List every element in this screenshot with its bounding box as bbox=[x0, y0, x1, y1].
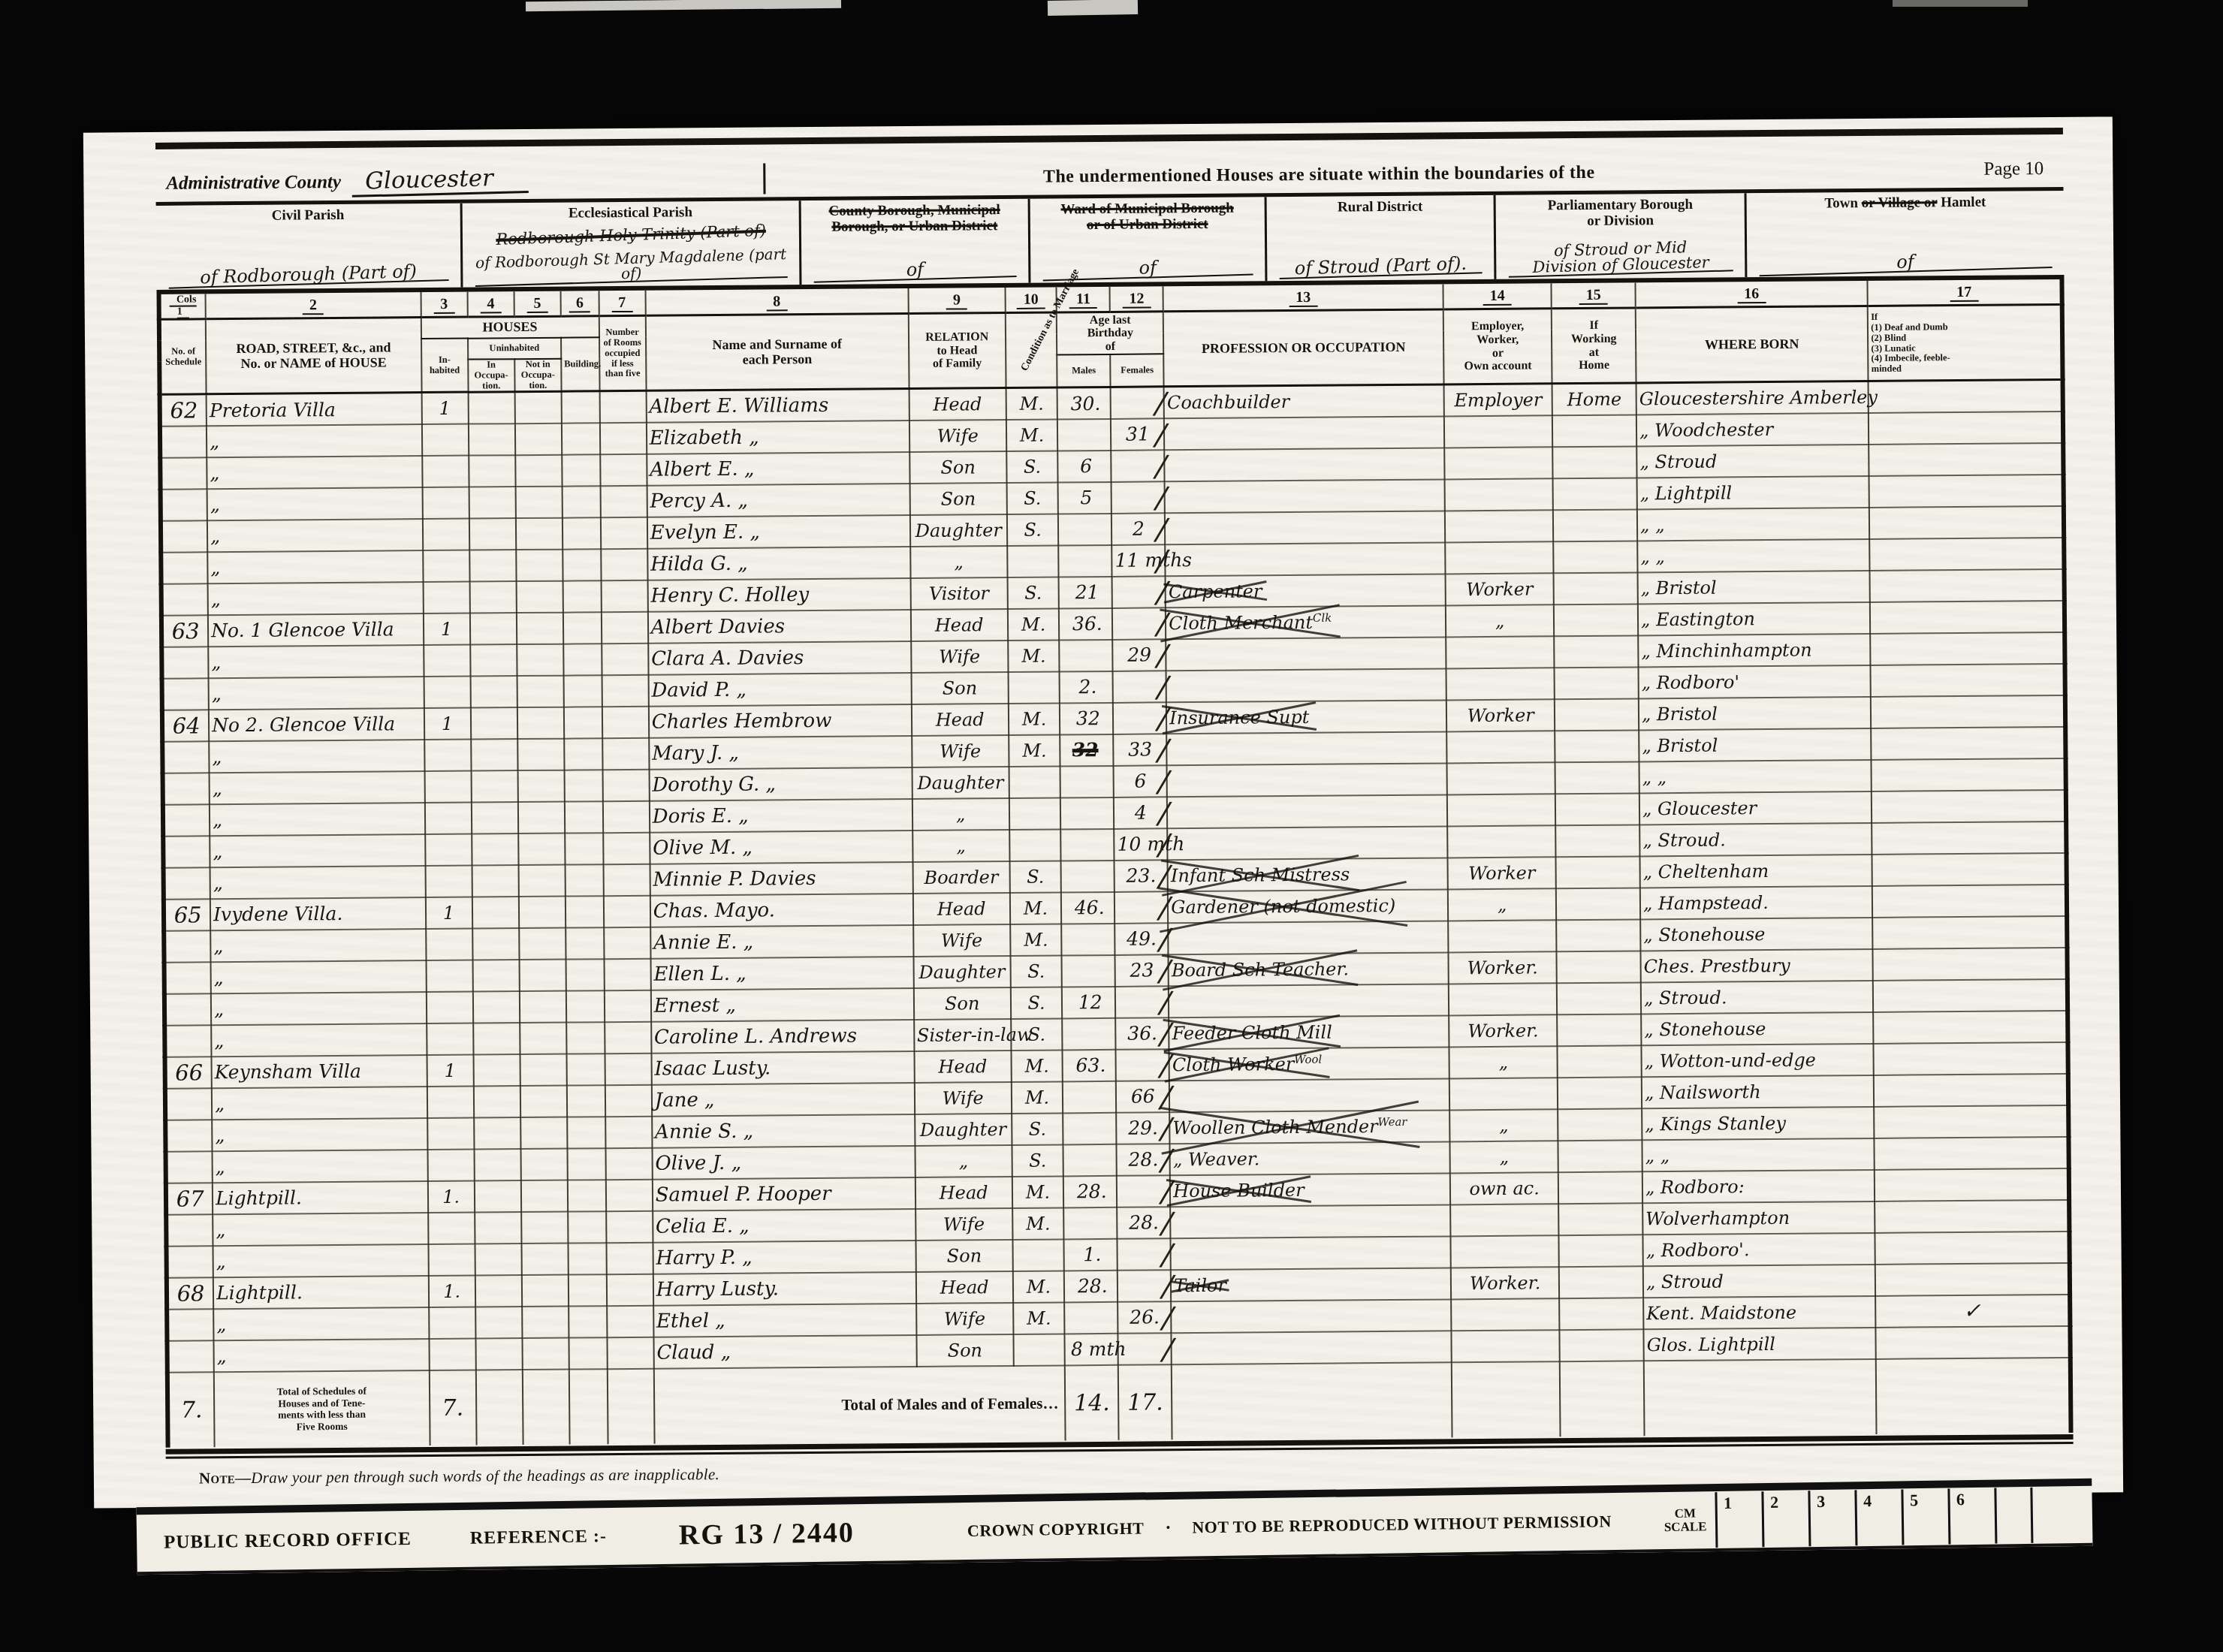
whereborn-cell: „ Bristol bbox=[1639, 697, 1872, 730]
age-male-cell: 2. bbox=[1060, 671, 1113, 704]
condition-cell: M. bbox=[1010, 924, 1062, 956]
athome-cell bbox=[1558, 1045, 1642, 1078]
houses-group-header: HOUSES bbox=[421, 316, 599, 339]
rooms-cell bbox=[603, 832, 650, 864]
schedule-cell bbox=[162, 741, 209, 773]
totals-label: Total of Schedules of Houses and of Tene… bbox=[214, 1370, 430, 1447]
name-cell: Dorothy G. „ bbox=[649, 767, 912, 801]
uninhabited-notocc-cell bbox=[518, 833, 565, 864]
whereborn-cell: „ „ bbox=[1642, 1138, 1875, 1171]
athome-cell bbox=[1558, 1140, 1642, 1172]
uninhabited-notocc-cell bbox=[520, 1085, 567, 1117]
athome-header: If Working at Home bbox=[1552, 308, 1636, 384]
road-header: ROAD, STREET, &c., and No. or NAME of HO… bbox=[206, 318, 421, 394]
house-cell: Ivydene Villa. bbox=[210, 897, 426, 930]
occupation-cell bbox=[1167, 794, 1447, 828]
rooms-cell bbox=[601, 549, 647, 580]
age-male-cell bbox=[1060, 797, 1114, 830]
males-header: Males bbox=[1057, 354, 1111, 387]
census-body: 62 Pretoria Villa 1 Albert E. Williams H… bbox=[160, 380, 2071, 1373]
rural-district-value: of Stroud (Part of). bbox=[1279, 254, 1483, 279]
relation-cell: Wife bbox=[912, 735, 1009, 767]
reproduction-notice: NOT TO BE REPRODUCED WITHOUT PERMISSION bbox=[1192, 1512, 1612, 1537]
col-number: 8 bbox=[645, 288, 908, 315]
scan-streak bbox=[526, 0, 841, 11]
relation-cell: Son bbox=[916, 1334, 1014, 1367]
rooms-cell bbox=[606, 1242, 653, 1274]
building-cell bbox=[563, 675, 602, 707]
house-cell: „ bbox=[213, 1307, 429, 1340]
empty-cell bbox=[1876, 1358, 2071, 1434]
inhabited-cell bbox=[424, 802, 471, 834]
athome-cell bbox=[1559, 1234, 1643, 1267]
occupation-cell: Woollen Cloth MenderWear bbox=[1169, 1110, 1449, 1144]
uninhabited-occ-cell bbox=[473, 991, 520, 1023]
infirmity-cell bbox=[1872, 821, 2066, 855]
house-cell: „ bbox=[209, 740, 424, 773]
rooms-cell bbox=[603, 895, 650, 927]
employer-cell bbox=[1444, 415, 1553, 448]
occupation-cell: Carpenter bbox=[1166, 574, 1446, 607]
infirmity-cell bbox=[1875, 1231, 2070, 1265]
house-cell: „ bbox=[207, 424, 422, 457]
schedule-cell bbox=[164, 1025, 211, 1057]
occupation-cell: Cloth WorkerWool bbox=[1169, 1047, 1449, 1081]
schedule-cell: 65 bbox=[164, 899, 210, 930]
uninhabited-notocc-cell bbox=[515, 423, 562, 454]
name-cell: Albert E. „ bbox=[647, 452, 909, 486]
whereborn-cell: „ Lightpill bbox=[1637, 476, 1870, 509]
civil-parish-label: Civil Parish bbox=[161, 206, 456, 225]
empty-cell bbox=[1172, 1362, 1452, 1439]
females-header: Females bbox=[1110, 354, 1163, 387]
occupation-cell: Cloth MerchantClk bbox=[1166, 605, 1446, 639]
inhabited-cell: 1. bbox=[427, 1180, 474, 1212]
occupation-cell: Insurance Supt bbox=[1166, 700, 1446, 734]
rooms-cell bbox=[600, 423, 647, 454]
relation-cell: Head bbox=[915, 1271, 1013, 1304]
condition-cell: S. bbox=[1006, 451, 1058, 483]
whereborn-cell: „ „ bbox=[1639, 760, 1872, 793]
athome-cell bbox=[1559, 1266, 1643, 1298]
name-cell: Caroline L. Andrews bbox=[651, 1020, 914, 1054]
empty-cell bbox=[1644, 1359, 1877, 1436]
inhabited-cell: 1 bbox=[427, 1054, 473, 1086]
rooms-cell bbox=[606, 1274, 653, 1305]
relation-cell: Head bbox=[910, 609, 1008, 641]
uninhabited-occ-cell bbox=[471, 707, 517, 739]
rooms-cell bbox=[604, 958, 650, 990]
uninhabited-occ-cell bbox=[471, 739, 517, 770]
infirmity-cell bbox=[1871, 727, 2065, 760]
col-number: 15 bbox=[1552, 282, 1636, 308]
condition-cell: M. bbox=[1008, 640, 1060, 672]
uninhabited-notocc-cell bbox=[519, 927, 566, 959]
athome-cell bbox=[1557, 951, 1641, 983]
name-cell: David P. „ bbox=[648, 673, 911, 707]
infirmity-cell bbox=[1873, 1011, 2068, 1044]
athome-cell bbox=[1556, 888, 1640, 920]
name-cell: Ellen L. „ bbox=[650, 957, 913, 990]
schedule-header: No. of Schedule bbox=[159, 319, 207, 395]
schedule-cell bbox=[164, 867, 210, 899]
building-cell bbox=[568, 1243, 606, 1274]
relation-cell: Wife bbox=[911, 641, 1009, 673]
rooms-cell bbox=[605, 1116, 652, 1147]
infirmity-cell bbox=[1872, 758, 2066, 791]
house-cell: No 2. Glencoe Villa bbox=[209, 708, 424, 741]
condition-cell: M. bbox=[1008, 608, 1060, 641]
ruler-mark: 1 bbox=[1718, 1491, 1765, 1548]
house-cell: „ bbox=[207, 456, 422, 489]
building-cell bbox=[566, 1022, 605, 1054]
uninhabited-occ-cell bbox=[474, 1149, 520, 1180]
name-cell: Olive J. „ bbox=[652, 1146, 915, 1180]
whereborn-cell: „ Bristol bbox=[1638, 571, 1871, 604]
building-cell bbox=[569, 1306, 607, 1337]
employer-cell: „ bbox=[1449, 1046, 1558, 1078]
relation-cell: „ bbox=[915, 1145, 1012, 1177]
inhabited-cell bbox=[429, 1338, 475, 1370]
house-cell: „ bbox=[208, 645, 424, 678]
infirmity-cell bbox=[1874, 1042, 2068, 1075]
administrative-county-box: Administrative County Gloucester bbox=[155, 164, 766, 199]
employer-cell bbox=[1447, 825, 1556, 858]
schedule-cell bbox=[161, 583, 208, 615]
ecclesiastical-parish-box: Ecclesiastical Parish Rodborough Holy Tr… bbox=[462, 200, 801, 288]
employer-cell: Worker bbox=[1446, 699, 1555, 731]
inhabited-cell bbox=[426, 960, 472, 991]
inhabited-cell: 1 bbox=[425, 897, 472, 928]
age-male-cell bbox=[1063, 1081, 1116, 1114]
building-cell bbox=[562, 486, 600, 517]
employer-cell: „ bbox=[1449, 1109, 1558, 1141]
age-male-cell bbox=[1060, 829, 1114, 861]
building-cell bbox=[561, 391, 599, 423]
age-male-cell bbox=[1058, 514, 1111, 546]
employer-cell bbox=[1449, 1078, 1558, 1110]
age-male-cell: 28. bbox=[1063, 1176, 1117, 1208]
inhabited-cell bbox=[424, 739, 471, 770]
building-cell bbox=[563, 549, 601, 580]
age-male-cell bbox=[1059, 545, 1112, 577]
scan-streak bbox=[1048, 0, 1138, 16]
uninhabited-occ-cell bbox=[473, 1023, 520, 1054]
employer-cell: Worker. bbox=[1451, 1267, 1560, 1299]
infirmity-cell bbox=[1869, 443, 2063, 476]
census-table: Cols 1 2 3 4 5 6 7 8 9 10 11 12 13 14 15… bbox=[157, 279, 2074, 1448]
house-cell: „ bbox=[209, 677, 424, 710]
building-cell bbox=[566, 896, 604, 927]
uninhabited-notocc-cell bbox=[515, 454, 562, 486]
civil-parish-value: of Rodborough (Part of) bbox=[168, 261, 448, 289]
condition-cell: S. bbox=[1006, 482, 1058, 514]
occupation-cell bbox=[1172, 1331, 1452, 1364]
uninhabited-notocc-cell bbox=[520, 1117, 567, 1148]
age-male-cell: 46. bbox=[1061, 892, 1115, 924]
employer-cell bbox=[1450, 1235, 1559, 1268]
inhabited-cell: 1 bbox=[423, 613, 469, 644]
condition-cell: S. bbox=[1007, 577, 1059, 609]
infirmity-cell: ✓ bbox=[1875, 1295, 2070, 1328]
name-cell: Elizabeth „ bbox=[647, 421, 909, 454]
inhabited-cell bbox=[428, 1244, 475, 1275]
name-cell: Mary J. „ bbox=[649, 736, 912, 770]
col-number: 2 bbox=[206, 292, 421, 319]
infirmity-cell bbox=[1871, 664, 2065, 697]
whereborn-cell: Glos. Lightpill bbox=[1643, 1328, 1876, 1361]
whereborn-cell: „ Rodboro: bbox=[1642, 1170, 1875, 1203]
ecclesiastical-parish-label: Ecclesiastical Parish bbox=[466, 203, 795, 222]
name-cell: Isaac Lusty. bbox=[651, 1051, 914, 1085]
inhabited-cell bbox=[422, 487, 469, 518]
rooms-cell bbox=[602, 707, 648, 738]
schedule-cell bbox=[161, 489, 207, 520]
town-village-label: Town or Village or Hamlet bbox=[1751, 194, 2059, 212]
athome-cell bbox=[1559, 1203, 1643, 1235]
schedule-cell: 66 bbox=[165, 1057, 212, 1088]
uninhabited-notocc-cell bbox=[518, 801, 565, 833]
rural-district-box: Rural District of Stroud (Part of). bbox=[1266, 195, 1496, 281]
condition-cell bbox=[1007, 545, 1059, 577]
employer-cell: „ bbox=[1448, 888, 1557, 921]
building-cell bbox=[565, 833, 603, 864]
age-male-cell: 30. bbox=[1057, 387, 1111, 420]
house-cell: „ bbox=[207, 487, 423, 520]
condition-cell: M. bbox=[1010, 892, 1062, 924]
schedule-cell bbox=[164, 962, 211, 993]
schedule-cell bbox=[165, 1120, 212, 1151]
inhabited-cell bbox=[422, 455, 469, 487]
uninhabited-notocc-cell bbox=[517, 738, 564, 770]
inhabited-header: In- habited bbox=[421, 339, 469, 393]
infirmity-cell bbox=[1872, 790, 2066, 823]
whereborn-cell: „ Kings Stanley bbox=[1642, 1107, 1875, 1140]
whereborn-cell: „ Rodboro'. bbox=[1642, 1233, 1875, 1266]
uninhabited-notocc-cell bbox=[519, 896, 566, 927]
whereborn-cell: „ Hampstead. bbox=[1640, 886, 1873, 919]
occupation-cell bbox=[1165, 511, 1445, 544]
employer-cell bbox=[1446, 731, 1555, 763]
schedule-cell bbox=[163, 836, 210, 867]
col-number: 4 bbox=[467, 291, 514, 317]
schedule-cell: 63 bbox=[161, 615, 208, 647]
whereborn-cell: „ Woodchester bbox=[1636, 413, 1869, 446]
house-cell: „ bbox=[207, 519, 423, 552]
infirmity-cell bbox=[1869, 506, 2064, 539]
inhabited-total: 7. bbox=[429, 1370, 476, 1445]
age-male-cell bbox=[1062, 955, 1115, 987]
schedule-cell bbox=[164, 993, 211, 1025]
occupation-cell bbox=[1169, 1078, 1449, 1112]
condition-cell: M. bbox=[1006, 387, 1057, 420]
uninhabited-occ-cell bbox=[474, 1086, 520, 1117]
col-number: Cols 1 bbox=[159, 294, 206, 319]
building-cell bbox=[567, 1148, 605, 1180]
ward-box: Ward of Municipal Borough or of Urban Di… bbox=[1030, 197, 1268, 282]
inhabited-cell bbox=[426, 991, 472, 1023]
house-cell: „ bbox=[213, 1150, 428, 1183]
employer-cell bbox=[1451, 1298, 1560, 1331]
inhabited-cell bbox=[429, 1307, 475, 1338]
administrative-county-label: Administrative County bbox=[166, 172, 341, 194]
whereborn-cell: „ Gloucester bbox=[1639, 791, 1872, 824]
building-cell bbox=[568, 1180, 606, 1211]
name-cell: Minnie P. Davies bbox=[650, 862, 912, 896]
athome-cell bbox=[1553, 446, 1637, 478]
building-cell bbox=[567, 1085, 605, 1117]
uninhabited-notocc-cell bbox=[516, 517, 563, 549]
building-cell bbox=[563, 612, 602, 644]
uninhabited-occ-cell bbox=[475, 1244, 521, 1275]
infirmity-cell bbox=[1872, 853, 2067, 886]
in-occupation-header: In Occupa- tion. bbox=[468, 359, 514, 392]
athome-cell bbox=[1555, 793, 1639, 825]
occupation-cell bbox=[1170, 1204, 1450, 1238]
infirmity-cell bbox=[1874, 1074, 2068, 1107]
athome-cell bbox=[1553, 478, 1637, 510]
occupation-cell: „ Weaver. bbox=[1170, 1141, 1450, 1175]
empty-cell bbox=[523, 1369, 570, 1444]
uninhabited-notocc-cell bbox=[514, 391, 561, 423]
uninhabited-notocc-cell bbox=[517, 770, 564, 801]
whereborn-header: WHERE BORN bbox=[1636, 306, 1869, 383]
relation-cell: Daughter bbox=[912, 767, 1009, 799]
name-cell: Claud „ bbox=[653, 1335, 916, 1369]
condition-cell: M. bbox=[1012, 1207, 1064, 1240]
relation-cell: Head bbox=[909, 388, 1006, 421]
name-cell: Henry C. Holley bbox=[647, 578, 910, 612]
uninhabited-notocc-cell bbox=[521, 1243, 568, 1274]
athome-cell bbox=[1557, 919, 1641, 951]
schedule-cell: 64 bbox=[162, 710, 209, 741]
relation-cell: Son bbox=[909, 451, 1007, 484]
relation-cell: Son bbox=[909, 483, 1007, 515]
name-cell: Harry P. „ bbox=[653, 1241, 915, 1274]
col-number: 7 bbox=[599, 291, 645, 316]
condition-cell: M. bbox=[1012, 1176, 1064, 1208]
uninhabited-occ-cell bbox=[469, 550, 516, 581]
col-number: 13 bbox=[1163, 284, 1443, 311]
age-male-cell bbox=[1063, 1144, 1117, 1177]
inhabited-cell: 1 bbox=[421, 392, 468, 424]
parliamentary-borough-box: Parliamentary Borough or Division of Str… bbox=[1496, 193, 1748, 279]
athome-cell bbox=[1555, 761, 1639, 794]
whereborn-cell: „ Stroud. bbox=[1641, 981, 1874, 1014]
uninhabited-notocc-cell bbox=[517, 675, 563, 707]
uninhabited-notocc-cell bbox=[522, 1274, 569, 1306]
condition-cell: S. bbox=[1012, 1144, 1063, 1177]
name-cell: Hilda G. „ bbox=[647, 547, 910, 580]
whereborn-cell: Gloucestershire Amberley bbox=[1636, 381, 1869, 415]
employer-cell bbox=[1445, 541, 1554, 574]
inhabited-cell bbox=[426, 928, 472, 960]
occupation-cell bbox=[1165, 542, 1445, 576]
employer-cell bbox=[1446, 762, 1555, 794]
relation-cell: Son bbox=[911, 672, 1009, 704]
house-cell: Keynsham Villa bbox=[212, 1055, 427, 1088]
uninhabited-notocc-cell bbox=[517, 707, 564, 738]
house-cell: „ bbox=[207, 550, 423, 583]
inhabited-cell bbox=[425, 834, 472, 865]
condition-cell bbox=[1013, 1334, 1065, 1366]
infirmity-cell bbox=[1871, 695, 2065, 728]
whereborn-cell: „ Stroud. bbox=[1639, 823, 1872, 856]
name-cell: Chas. Mayo. bbox=[650, 894, 913, 927]
uninhabited-notocc-cell bbox=[522, 1306, 569, 1337]
building-cell bbox=[569, 1337, 607, 1369]
occupation-cell bbox=[1164, 416, 1444, 450]
whereborn-cell: Kent. Maidstone bbox=[1643, 1296, 1876, 1329]
age-male-cell: 5 bbox=[1058, 482, 1111, 514]
building-cell bbox=[569, 1274, 607, 1306]
rooms-cell bbox=[600, 486, 647, 517]
district-boxes: Civil Parish of Rodborough (Part of) Ecc… bbox=[156, 191, 2065, 294]
rooms-cell bbox=[601, 580, 647, 612]
infirmity-cell bbox=[1875, 1200, 2069, 1233]
schedule-cell bbox=[167, 1309, 213, 1340]
athome-cell bbox=[1552, 415, 1636, 447]
rooms-cell bbox=[605, 1084, 651, 1116]
schedule-cell bbox=[166, 1151, 213, 1183]
relation-cell: Boarder bbox=[912, 861, 1010, 894]
occupation-cell bbox=[1171, 1236, 1451, 1270]
whereborn-cell: „ „ bbox=[1637, 539, 1870, 572]
age-male-cell bbox=[1057, 419, 1111, 451]
age-male-cell bbox=[1063, 1207, 1117, 1240]
inhabited-cell bbox=[424, 644, 470, 676]
schedule-cell bbox=[165, 1088, 212, 1120]
condition-cell: M. bbox=[1013, 1271, 1065, 1303]
employer-cell bbox=[1446, 636, 1555, 668]
age-male-cell: 1. bbox=[1064, 1239, 1118, 1271]
occupation-cell bbox=[1169, 984, 1449, 1017]
uninhabited-occ-cell bbox=[472, 960, 519, 991]
schedule-cell bbox=[163, 804, 210, 836]
age-male-cell bbox=[1063, 1113, 1116, 1145]
infirmity-cell bbox=[1875, 1137, 2069, 1170]
rooms-cell bbox=[606, 1210, 653, 1242]
whereborn-cell: „ Rodboro' bbox=[1638, 665, 1871, 698]
house-cell: „ bbox=[210, 929, 426, 962]
occupation-cell: Board Sch Teacher. bbox=[1169, 952, 1449, 986]
condition-cell bbox=[1012, 1239, 1064, 1271]
name-cell: Clara A. Davies bbox=[648, 641, 911, 675]
totals-row: 7. Total of Schedules of Houses and of T… bbox=[167, 1358, 2071, 1448]
relation-cell: Sister-in-law bbox=[914, 1019, 1012, 1051]
employer-cell: „ bbox=[1446, 604, 1555, 637]
infirmity-cell bbox=[1872, 885, 2067, 918]
schedule-cell bbox=[160, 426, 207, 457]
infirmity-cell bbox=[1873, 948, 2068, 981]
name-cell: Evelyn E. „ bbox=[647, 515, 910, 549]
rooms-cell bbox=[605, 1179, 652, 1210]
relation-cell: Daughter bbox=[909, 514, 1007, 547]
athome-cell bbox=[1555, 698, 1639, 731]
ruler-mark: 6 bbox=[1950, 1488, 1998, 1545]
reference-number: RG 13 / 2440 bbox=[679, 1516, 855, 1551]
ecclesiastical-parish-value: of Rodborough St Mary Magdalene (part of… bbox=[474, 246, 787, 287]
relation-cell: Daughter bbox=[915, 1114, 1012, 1146]
rooms-cell bbox=[603, 864, 650, 895]
name-cell: Ethel „ bbox=[653, 1304, 916, 1337]
inhabited-cell bbox=[424, 676, 470, 707]
occupation-cell: Feeder Cloth Mill bbox=[1169, 1015, 1449, 1049]
inhabited-cell bbox=[424, 770, 471, 802]
inhabited-cell bbox=[423, 550, 469, 581]
infirmity-cell bbox=[1870, 569, 2065, 602]
condition-cell: S. bbox=[1011, 987, 1063, 1019]
